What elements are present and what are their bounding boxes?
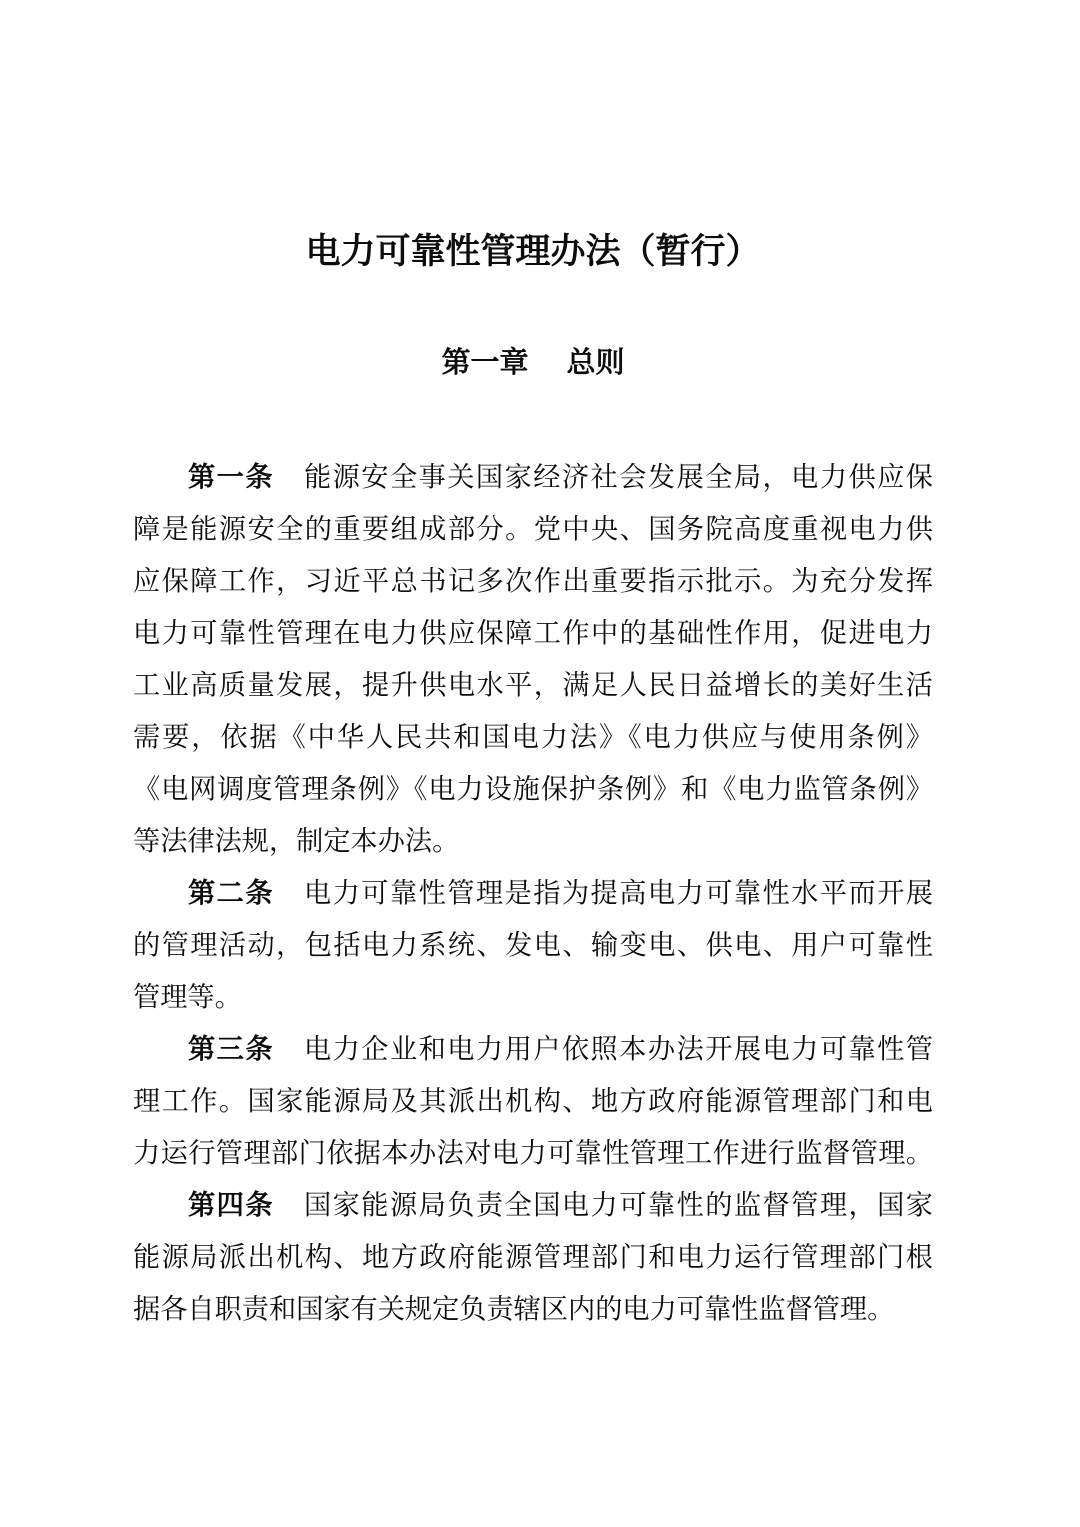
text-line: 第一条能源安全事关国家经济社会发展全局，电力供应保 — [133, 451, 933, 503]
text-line: 第二条电力可靠性管理是指为提高电力可靠性水平而开展 — [133, 867, 933, 919]
text-line: 能源局派出机构、地方政府能源管理部门和电力运行管理部门根 — [133, 1231, 933, 1283]
article-4-label: 第四条 — [188, 1189, 274, 1220]
text-line: 《电网调度管理条例》《电力设施保护条例》和《电力监管条例》 — [133, 763, 933, 815]
chapter-title: 总则 — [567, 347, 625, 379]
article-1-label: 第一条 — [188, 461, 274, 492]
text-line: 等法律法规，制定本办法。 — [133, 815, 933, 867]
text-line: 第三条电力企业和电力用户依照本办法开展电力可靠性管 — [133, 1023, 933, 1075]
article-2-text: 电力可靠性管理是指为提高电力可靠性水平而开展 — [304, 878, 933, 908]
text-line: 第四条国家能源局负责全国电力可靠性的监督管理，国家 — [133, 1179, 933, 1231]
text-line: 应保障工作，习近平总书记多次作出重要指示批示。为充分发挥 — [133, 555, 933, 607]
text-line: 据各自职责和国家有关规定负责辖区内的电力可靠性监督管理。 — [133, 1283, 933, 1335]
text-line: 障是能源安全的重要组成部分。党中央、国务院高度重视电力供 — [133, 503, 933, 555]
document-page: 电力可靠性管理办法（暂行） 第一章总则 第一条能源安全事关国家经济社会发展全局，… — [0, 0, 1080, 1527]
text-line: 管理等。 — [133, 971, 933, 1023]
chapter-number: 第一章 — [441, 347, 528, 379]
article-3-text: 电力企业和电力用户依照本办法开展电力可靠性管 — [304, 1034, 933, 1064]
article-4-text: 国家能源局负责全国电力可靠性的监督管理，国家 — [304, 1190, 933, 1220]
text-line: 电力可靠性管理在电力供应保障工作中的基础性作用，促进电力 — [133, 607, 933, 659]
document-title: 电力可靠性管理办法（暂行） — [133, 228, 933, 276]
chapter-heading: 第一章总则 — [133, 344, 933, 382]
article-2-label: 第二条 — [188, 877, 274, 908]
article-1: 第一条能源安全事关国家经济社会发展全局，电力供应保 障是能源安全的重要组成部分。… — [133, 451, 933, 867]
article-2: 第二条电力可靠性管理是指为提高电力可靠性水平而开展 的管理活动，包括电力系统、发… — [133, 867, 933, 1023]
text-line: 理工作。国家能源局及其派出机构、地方政府能源管理部门和电 — [133, 1075, 933, 1127]
article-1-text: 能源安全事关国家经济社会发展全局，电力供应保 — [304, 462, 933, 492]
text-line: 工业高质量发展，提升供电水平，满足人民日益增长的美好生活 — [133, 659, 933, 711]
article-3-label: 第三条 — [188, 1033, 274, 1064]
text-line: 需要，依据《中华人民共和国电力法》《电力供应与使用条例》 — [133, 711, 933, 763]
article-3: 第三条电力企业和电力用户依照本办法开展电力可靠性管 理工作。国家能源局及其派出机… — [133, 1023, 933, 1179]
document-body: 第一条能源安全事关国家经济社会发展全局，电力供应保 障是能源安全的重要组成部分。… — [133, 451, 933, 1335]
article-4: 第四条国家能源局负责全国电力可靠性的监督管理，国家 能源局派出机构、地方政府能源… — [133, 1179, 933, 1335]
text-line: 的管理活动，包括电力系统、发电、输变电、供电、用户可靠性 — [133, 919, 933, 971]
text-line: 力运行管理部门依据本办法对电力可靠性管理工作进行监督管理。 — [133, 1127, 933, 1179]
